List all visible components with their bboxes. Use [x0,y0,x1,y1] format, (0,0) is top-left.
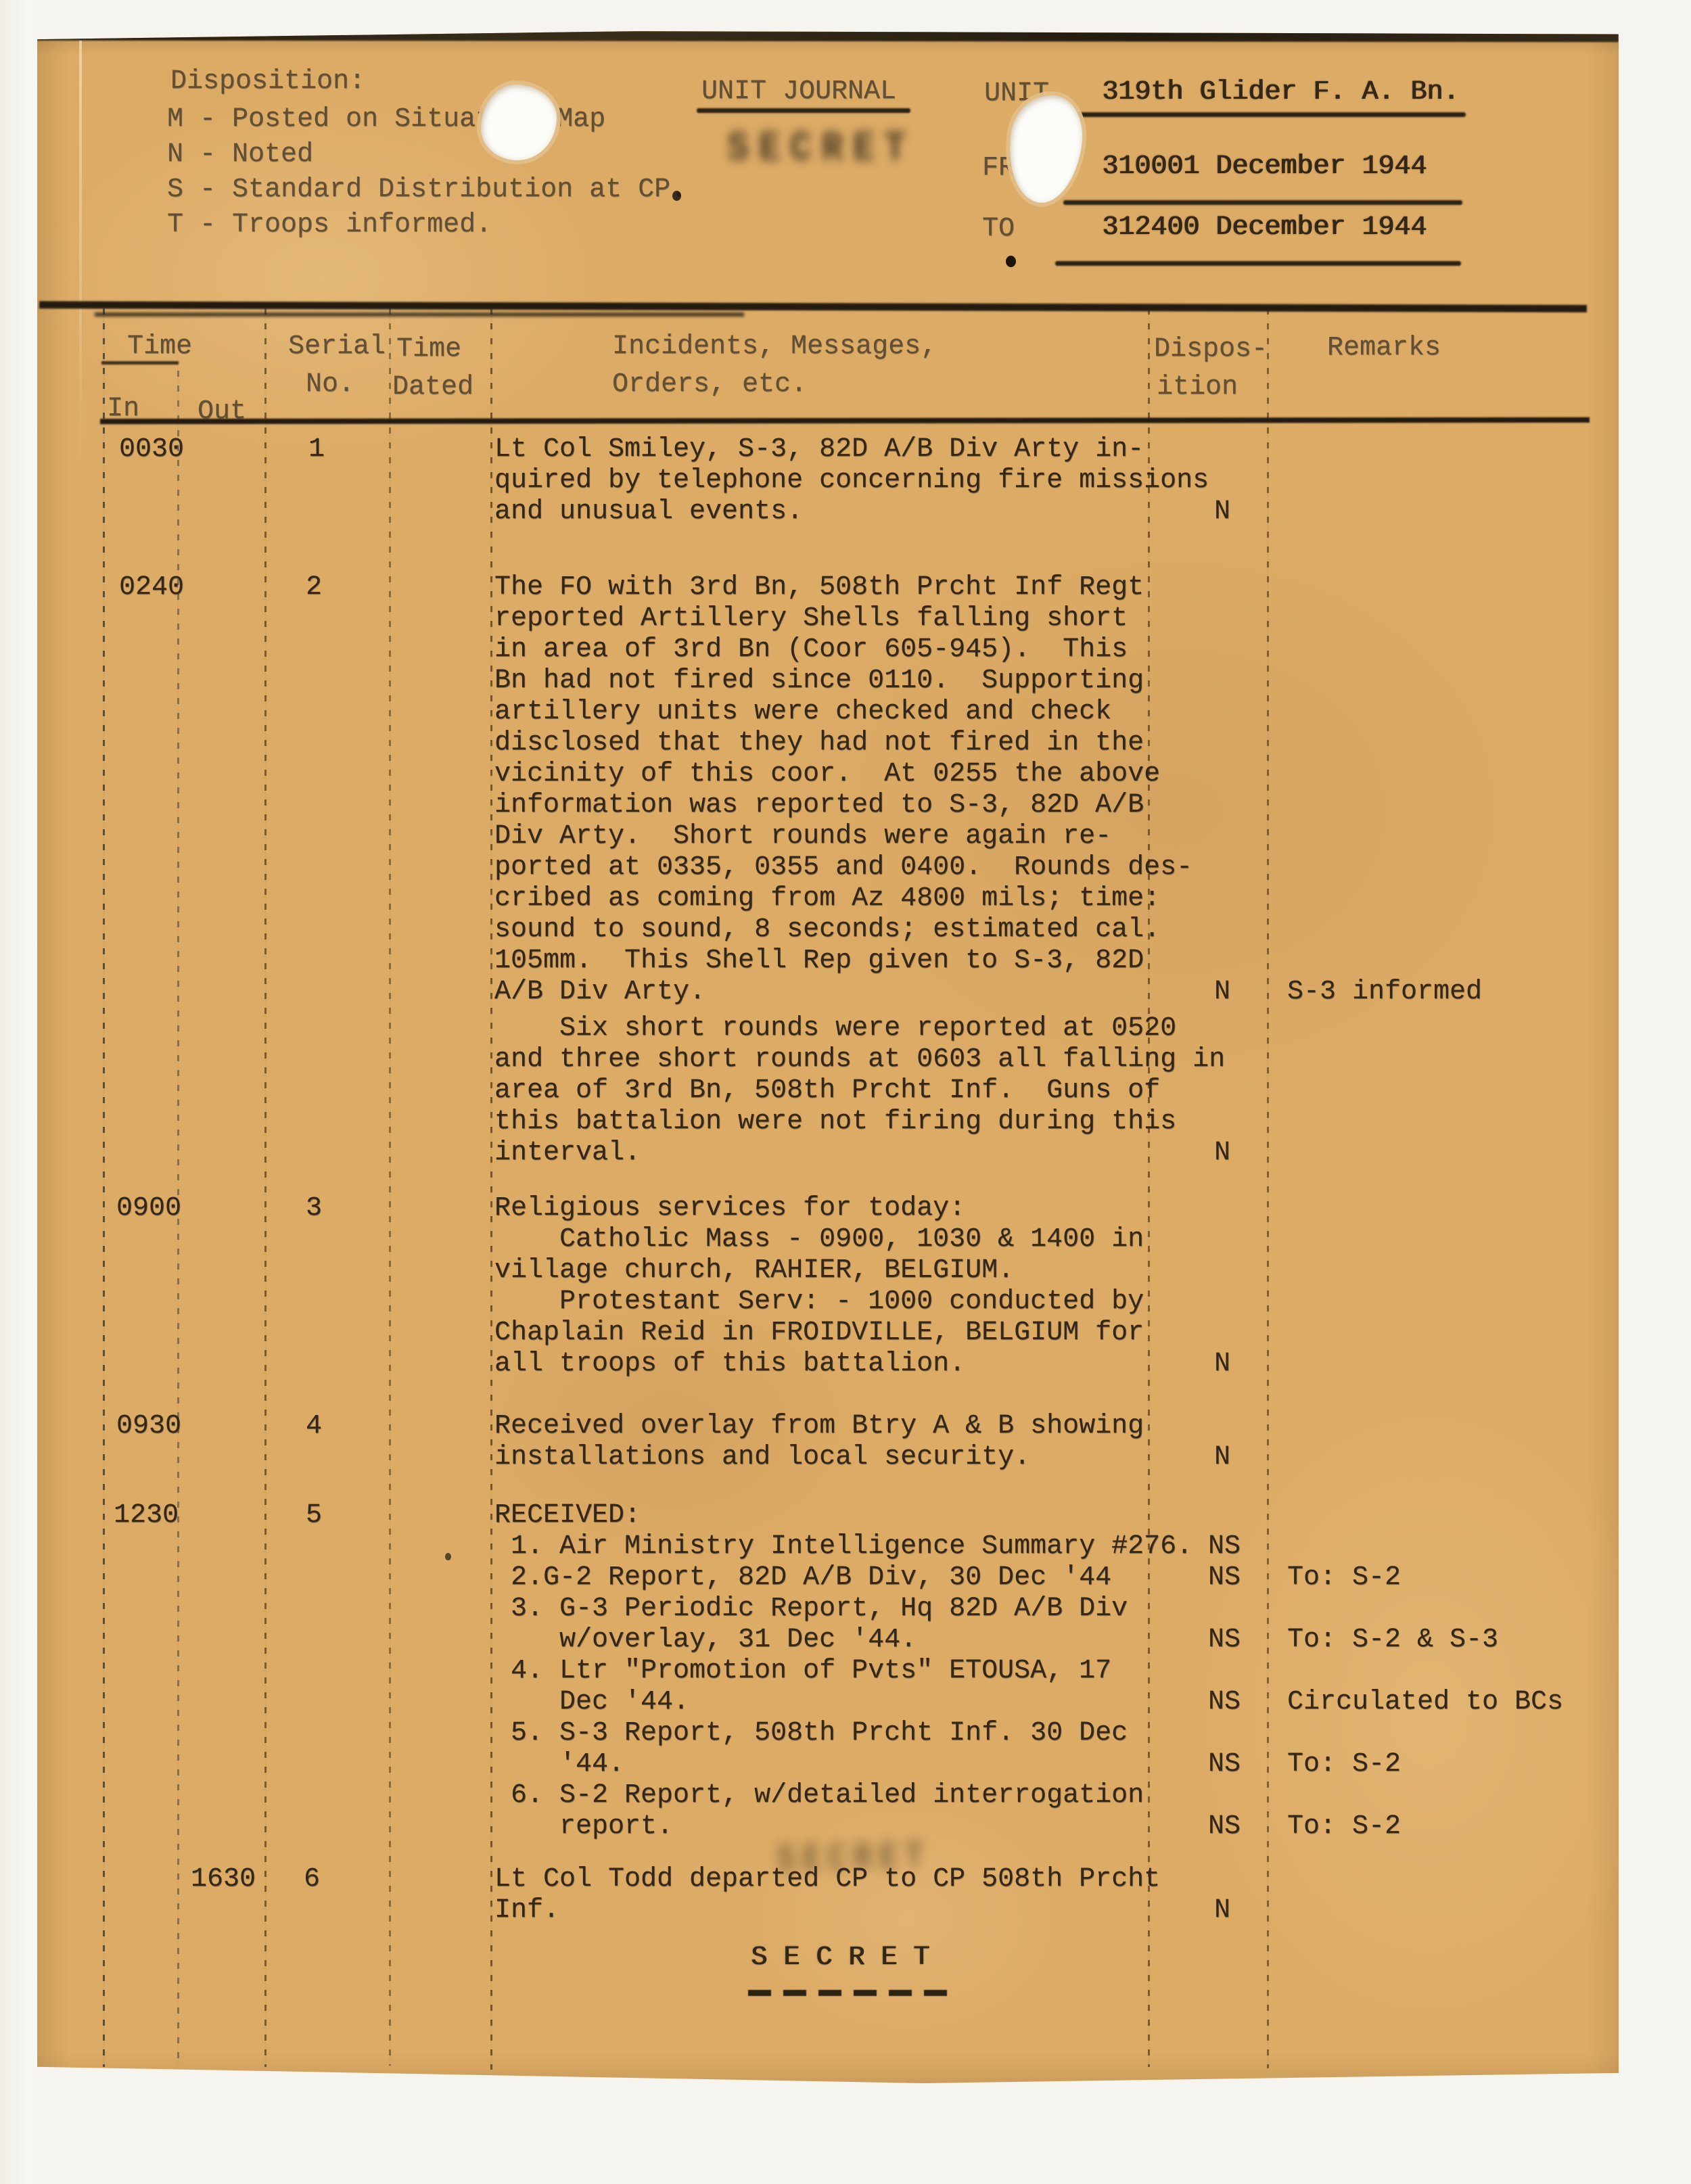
unit-underline [1072,112,1466,117]
classification-footer: S E C R E T [751,1943,929,1974]
entry-time-out: 1630 [191,1864,256,1895]
remark-text: Circulated to BCs [1287,1687,1563,1718]
secret-stamp-smudge: SECRET [776,1837,930,1882]
column-header-serial-no: No. [306,369,354,400]
disposition-mark: NS [1208,1531,1241,1562]
entry-time-in: 0900 [116,1193,181,1224]
column-header-incidents-line2: Orders, etc. [612,369,807,400]
disposition-legend-item-t: T - Troops informed. [167,210,492,241]
table-top-rule-smear [95,312,744,317]
remark-text: S-3 informed [1287,977,1482,1008]
entry-body: Received overlay from Btry A & B showing… [494,1411,1144,1473]
paper-crease [79,41,82,473]
column-header-disposition-line1: Dispos- [1154,334,1268,365]
disposition-mark: N [1214,496,1230,528]
remark-text: To: S-2 [1287,1562,1401,1594]
entry-serial: 1 [308,434,325,465]
entry-time-in: 0930 [116,1411,181,1442]
disposition-mark: NS [1208,1749,1241,1780]
disposition-mark: N [1214,1442,1230,1473]
from-underline [1063,200,1462,205]
disposition-mark: NS [1208,1625,1241,1656]
disposition-mark: N [1214,1349,1230,1380]
ink-speck [1006,256,1016,267]
entry-time-in: 1230 [114,1500,179,1531]
disposition-legend-item-s: S - Standard Distribution at CP. [167,175,687,206]
disposition-mark: NS [1208,1687,1241,1718]
column-divider-out-serial [264,308,267,2067]
column-header-time: Time [127,331,192,363]
disposition-mark: N [1214,977,1230,1008]
to-underline [1055,261,1461,266]
table-left-border [103,308,105,2067]
entry-body-continued: Six short rounds were reported at 0520 a… [494,1013,1225,1169]
entry-time-in: 0030 [119,434,184,465]
entry-body: Lt Col Smiley, S-3, 82D A/B Div Arty in-… [494,434,1209,528]
entry-time-in: 0240 [119,572,184,603]
to-label: TO [982,214,1015,245]
column-header-disposition-line2: ition [1157,372,1238,403]
scanned-document: Disposition: M - Posted on Situation Map… [0,0,1691,2184]
disposition-legend-title: Disposition: [170,66,365,97]
entry-serial: 4 [306,1411,322,1442]
disposition-mark: NS [1208,1562,1241,1594]
column-header-in: In [107,394,139,425]
ink-speck [672,191,681,201]
ink-speck [445,1553,451,1560]
column-header-incidents-line1: Incidents, Messages, [612,331,937,363]
column-header-out: Out [198,396,246,427]
entry-serial: 6 [304,1864,320,1895]
column-header-serial: Serial [288,331,386,363]
column-divider-serial-timedated [389,308,391,2066]
column-header-time-dated-line1: Time [396,334,461,365]
column-divider-disposition-remarks [1267,308,1269,2068]
page-top-edge-shadow [37,30,1619,42]
entry-serial: 3 [306,1193,322,1224]
disposition-mark: N [1214,1138,1230,1169]
classification-footer-underline [748,1990,951,1996]
to-value: 312400 December 1944 [1102,212,1427,243]
disposition-mark: NS [1208,1811,1241,1842]
entry-body: RECEIVED: 1. Air Ministry Intelligence S… [494,1500,1192,1842]
unit-value: 319th Glider F. A. Bn. [1102,77,1459,108]
page-title-underline [697,108,910,113]
entry-serial: 2 [306,572,322,603]
entry-body: The FO with 3rd Bn, 508th Prcht Inf Regt… [494,572,1192,1008]
column-divider-timedated-incidents [490,308,492,2070]
page-title: UNIT JOURNAL [701,76,896,108]
remark-text: To: S-2 & S-3 [1287,1625,1498,1656]
entry-serial: 5 [306,1500,322,1531]
column-header-time-dated-line2: Dated [392,372,473,403]
column-header-remarks: Remarks [1327,333,1441,364]
disposition-legend-item-n: N - Noted [167,139,313,170]
remark-text: To: S-2 [1287,1749,1401,1780]
entry-body: Religious services for today: Catholic M… [494,1193,1144,1380]
remark-text: To: S-2 [1287,1811,1401,1842]
secret-stamp-top: SECRET [727,126,915,172]
from-value: 310001 December 1944 [1102,152,1427,183]
disposition-mark: N [1214,1895,1230,1926]
